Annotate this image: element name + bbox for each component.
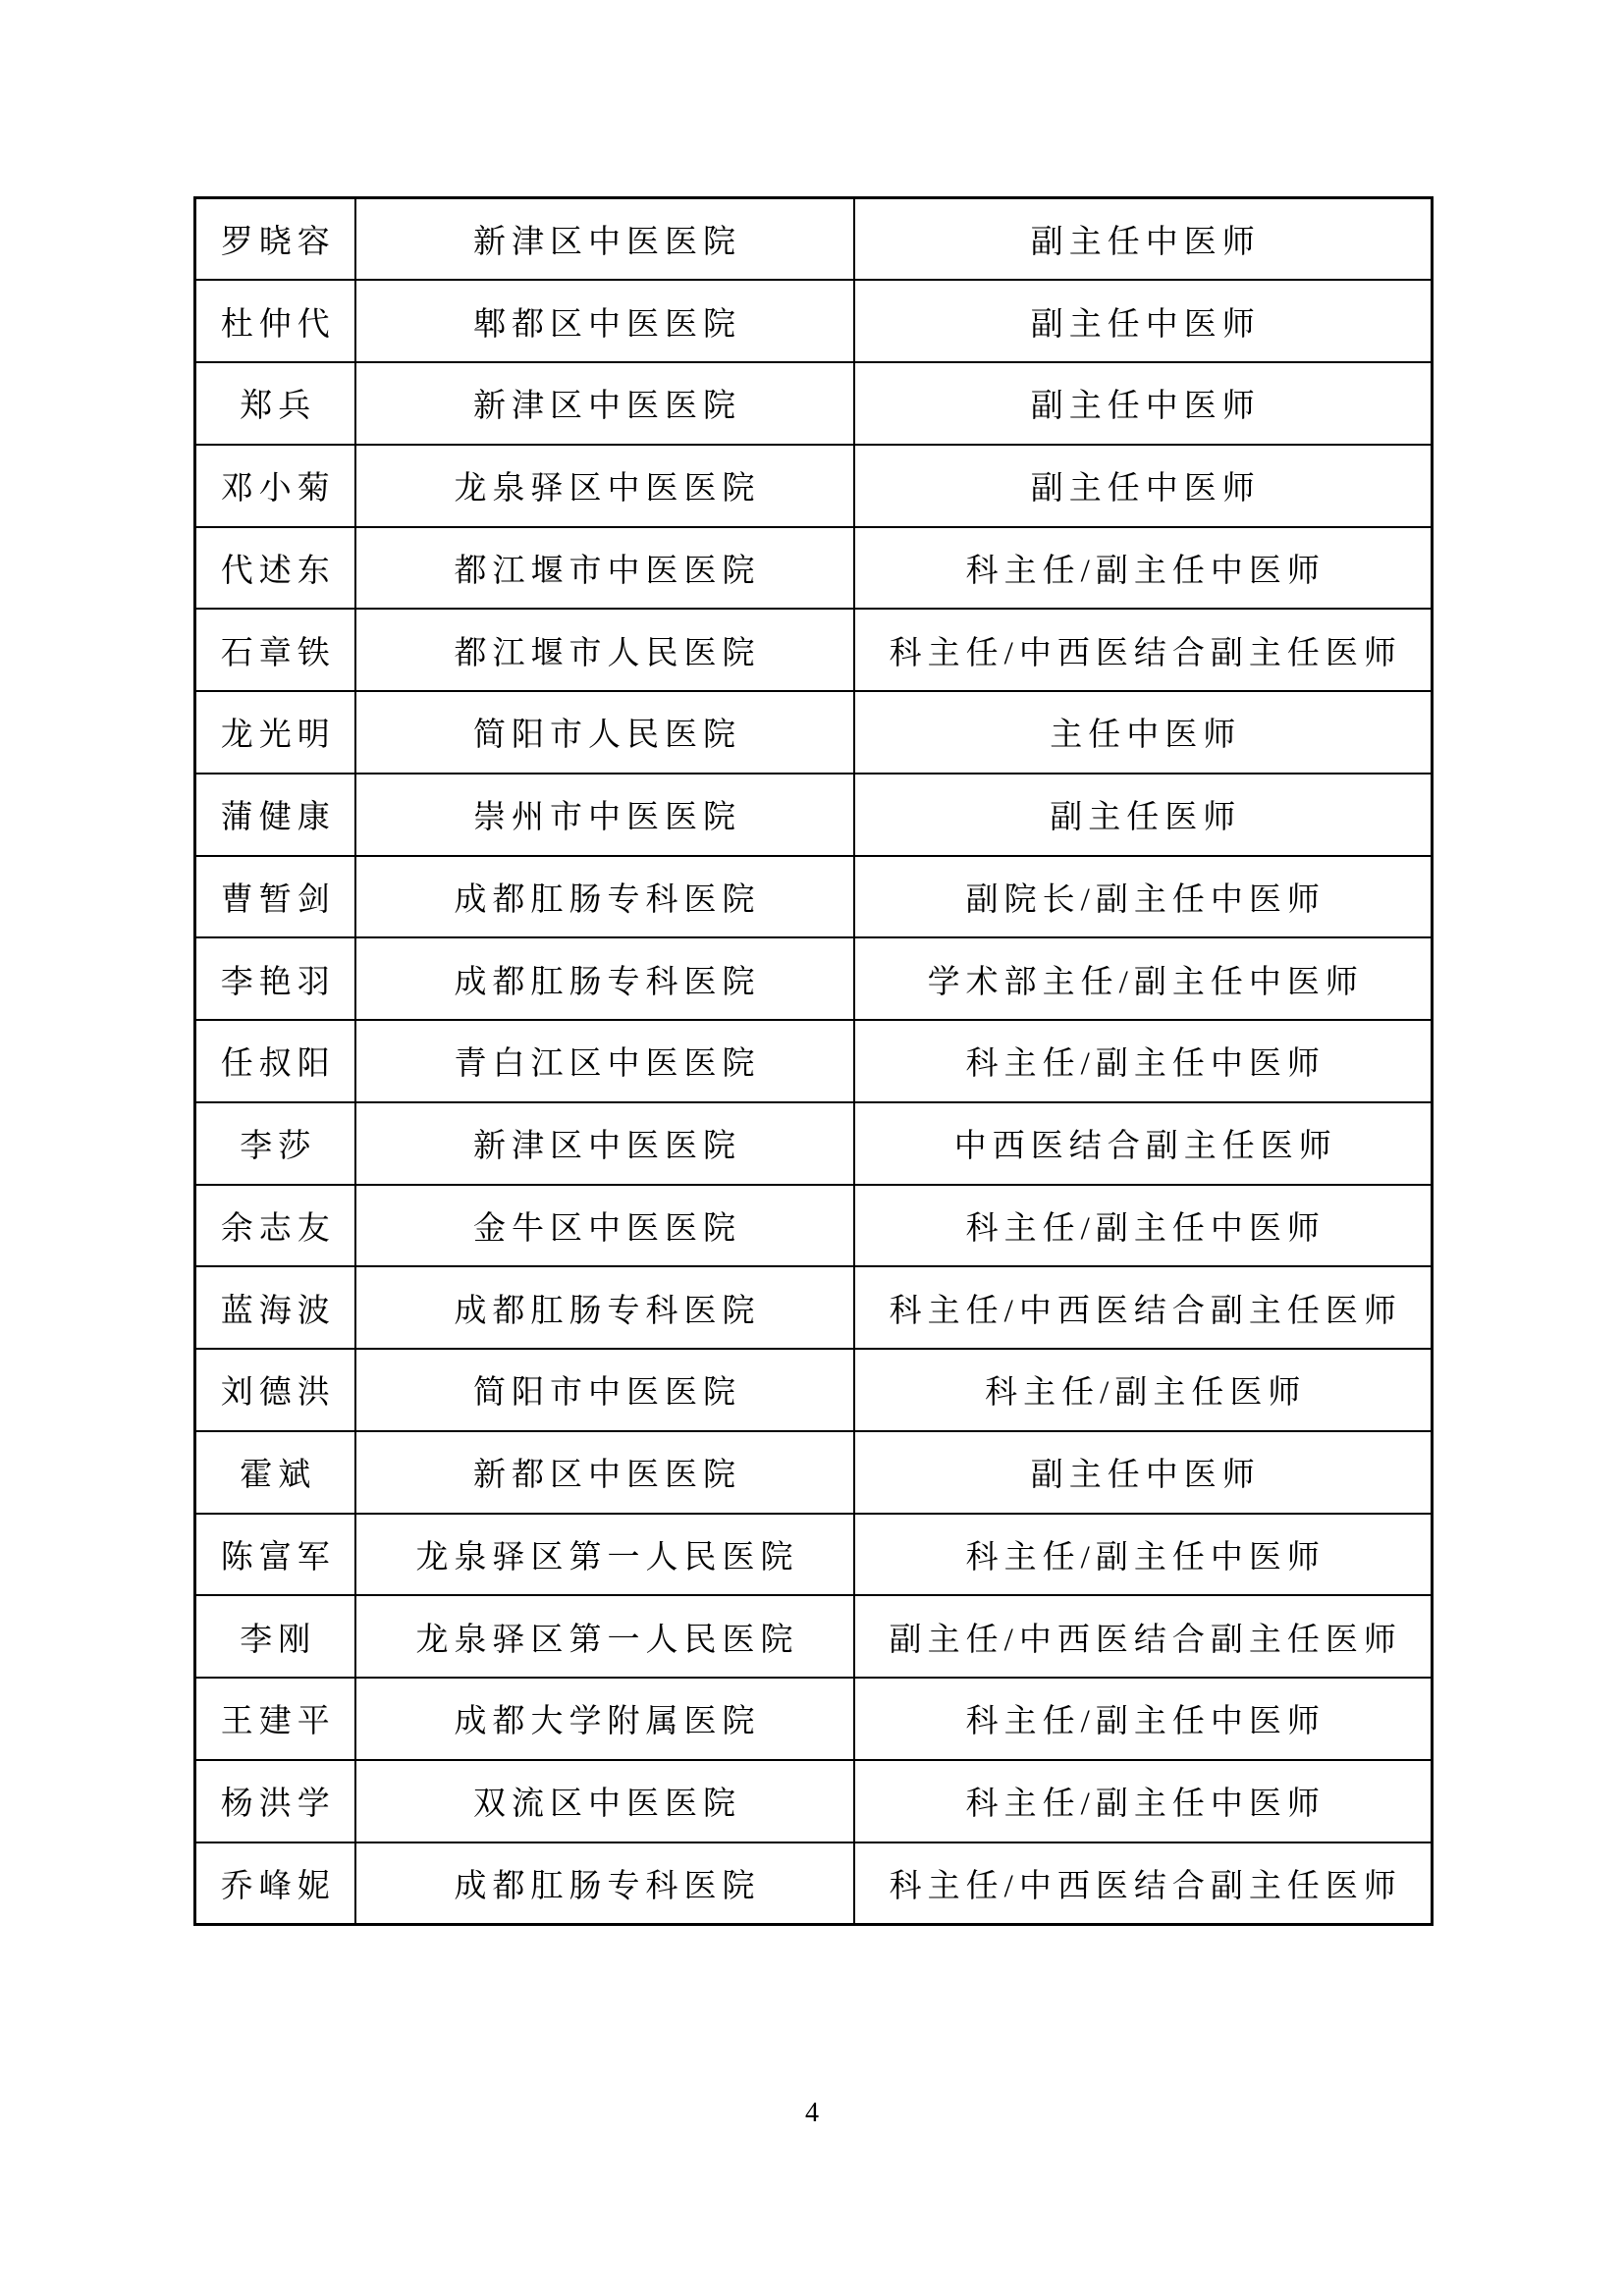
title-cell: 科主任/中西医结合副主任医师	[854, 609, 1433, 691]
doctor-name-cell: 曹暂剑	[195, 856, 355, 938]
table-row: 霍斌 新都区中医医院 副主任中医师	[195, 1431, 1433, 1514]
title-cell: 科主任/副主任中医师	[854, 1185, 1433, 1267]
title-cell: 副主任中医师	[854, 280, 1433, 362]
doctor-name-cell: 余志友	[195, 1185, 355, 1267]
title-cell: 学术部主任/副主任中医师	[854, 937, 1433, 1020]
page-number: 4	[0, 2098, 1624, 2129]
doctor-name-cell: 李艳羽	[195, 937, 355, 1020]
title-cell: 副主任中医师	[854, 198, 1433, 281]
doctor-name-cell: 邓小菊	[195, 445, 355, 527]
table-row: 罗晓容 新津区中医医院 副主任中医师	[195, 198, 1433, 281]
title-cell: 科主任/副主任中医师	[854, 527, 1433, 610]
doctor-name-cell: 蒲健康	[195, 774, 355, 856]
title-cell: 科主任/副主任中医师	[854, 1760, 1433, 1842]
hospital-cell: 龙泉驿区第一人民医院	[355, 1514, 854, 1596]
hospital-cell: 都江堰市中医医院	[355, 527, 854, 610]
table-row: 蓝海波 成都肛肠专科医院 科主任/中西医结合副主任医师	[195, 1266, 1433, 1349]
doctor-name-cell: 杨洪学	[195, 1760, 355, 1842]
doctor-name-cell: 代述东	[195, 527, 355, 610]
title-cell: 科主任/中西医结合副主任医师	[854, 1842, 1433, 1925]
hospital-cell: 金牛区中医医院	[355, 1185, 854, 1267]
title-cell: 科主任/副主任医师	[854, 1349, 1433, 1431]
doctor-name-cell: 龙光明	[195, 691, 355, 774]
table-row: 余志友 金牛区中医医院 科主任/副主任中医师	[195, 1185, 1433, 1267]
table-row: 刘德洪 简阳市中医医院 科主任/副主任医师	[195, 1349, 1433, 1431]
hospital-cell: 双流区中医医院	[355, 1760, 854, 1842]
title-cell: 科主任/副主任中医师	[854, 1514, 1433, 1596]
title-cell: 副院长/副主任中医师	[854, 856, 1433, 938]
hospital-cell: 新津区中医医院	[355, 1102, 854, 1185]
hospital-cell: 成都肛肠专科医院	[355, 856, 854, 938]
title-cell: 中西医结合副主任医师	[854, 1102, 1433, 1185]
table-body: 罗晓容 新津区中医医院 副主任中医师 杜仲代 郫都区中医医院 副主任中医师 郑兵…	[195, 198, 1433, 1925]
hospital-cell: 成都肛肠专科医院	[355, 1266, 854, 1349]
doctor-name-cell: 李刚	[195, 1595, 355, 1678]
doctor-name-cell: 刘德洪	[195, 1349, 355, 1431]
hospital-cell: 成都大学附属医院	[355, 1678, 854, 1760]
table-row: 邓小菊 龙泉驿区中医医院 副主任中医师	[195, 445, 1433, 527]
hospital-cell: 崇州市中医医院	[355, 774, 854, 856]
hospital-cell: 新津区中医医院	[355, 198, 854, 281]
table-row: 郑兵 新津区中医医院 副主任中医师	[195, 362, 1433, 445]
doctor-name-cell: 罗晓容	[195, 198, 355, 281]
doctor-roster-table: 罗晓容 新津区中医医院 副主任中医师 杜仲代 郫都区中医医院 副主任中医师 郑兵…	[193, 196, 1434, 1926]
table-row: 蒲健康 崇州市中医医院 副主任医师	[195, 774, 1433, 856]
title-cell: 科主任/副主任中医师	[854, 1678, 1433, 1760]
doctor-name-cell: 乔峰妮	[195, 1842, 355, 1925]
title-cell: 副主任/中西医结合副主任医师	[854, 1595, 1433, 1678]
title-cell: 科主任/副主任中医师	[854, 1020, 1433, 1102]
doctor-name-cell: 杜仲代	[195, 280, 355, 362]
hospital-cell: 新津区中医医院	[355, 362, 854, 445]
hospital-cell: 龙泉驿区中医医院	[355, 445, 854, 527]
hospital-cell: 简阳市中医医院	[355, 1349, 854, 1431]
table-row: 乔峰妮 成都肛肠专科医院 科主任/中西医结合副主任医师	[195, 1842, 1433, 1925]
hospital-cell: 都江堰市人民医院	[355, 609, 854, 691]
hospital-cell: 龙泉驿区第一人民医院	[355, 1595, 854, 1678]
doctor-name-cell: 蓝海波	[195, 1266, 355, 1349]
doctor-name-cell: 霍斌	[195, 1431, 355, 1514]
document-page: 罗晓容 新津区中医医院 副主任中医师 杜仲代 郫都区中医医院 副主任中医师 郑兵…	[0, 0, 1624, 2296]
table-row: 杨洪学 双流区中医医院 科主任/副主任中医师	[195, 1760, 1433, 1842]
hospital-cell: 成都肛肠专科医院	[355, 937, 854, 1020]
table-row: 石章铁 都江堰市人民医院 科主任/中西医结合副主任医师	[195, 609, 1433, 691]
hospital-cell: 成都肛肠专科医院	[355, 1842, 854, 1925]
table-row: 杜仲代 郫都区中医医院 副主任中医师	[195, 280, 1433, 362]
table-row: 李艳羽 成都肛肠专科医院 学术部主任/副主任中医师	[195, 937, 1433, 1020]
doctor-name-cell: 任叔阳	[195, 1020, 355, 1102]
title-cell: 科主任/中西医结合副主任医师	[854, 1266, 1433, 1349]
table-row: 任叔阳 青白江区中医医院 科主任/副主任中医师	[195, 1020, 1433, 1102]
title-cell: 副主任中医师	[854, 445, 1433, 527]
table-row: 代述东 都江堰市中医医院 科主任/副主任中医师	[195, 527, 1433, 610]
table-row: 李莎 新津区中医医院 中西医结合副主任医师	[195, 1102, 1433, 1185]
title-cell: 副主任医师	[854, 774, 1433, 856]
table-row: 陈富军 龙泉驿区第一人民医院 科主任/副主任中医师	[195, 1514, 1433, 1596]
hospital-cell: 青白江区中医医院	[355, 1020, 854, 1102]
hospital-cell: 新都区中医医院	[355, 1431, 854, 1514]
title-cell: 副主任中医师	[854, 1431, 1433, 1514]
table-row: 李刚 龙泉驿区第一人民医院 副主任/中西医结合副主任医师	[195, 1595, 1433, 1678]
hospital-cell: 郫都区中医医院	[355, 280, 854, 362]
doctor-name-cell: 李莎	[195, 1102, 355, 1185]
title-cell: 副主任中医师	[854, 362, 1433, 445]
doctor-name-cell: 王建平	[195, 1678, 355, 1760]
doctor-name-cell: 陈富军	[195, 1514, 355, 1596]
doctor-name-cell: 石章铁	[195, 609, 355, 691]
table-row: 王建平 成都大学附属医院 科主任/副主任中医师	[195, 1678, 1433, 1760]
table-row: 龙光明 简阳市人民医院 主任中医师	[195, 691, 1433, 774]
table-row: 曹暂剑 成都肛肠专科医院 副院长/副主任中医师	[195, 856, 1433, 938]
title-cell: 主任中医师	[854, 691, 1433, 774]
doctor-name-cell: 郑兵	[195, 362, 355, 445]
hospital-cell: 简阳市人民医院	[355, 691, 854, 774]
